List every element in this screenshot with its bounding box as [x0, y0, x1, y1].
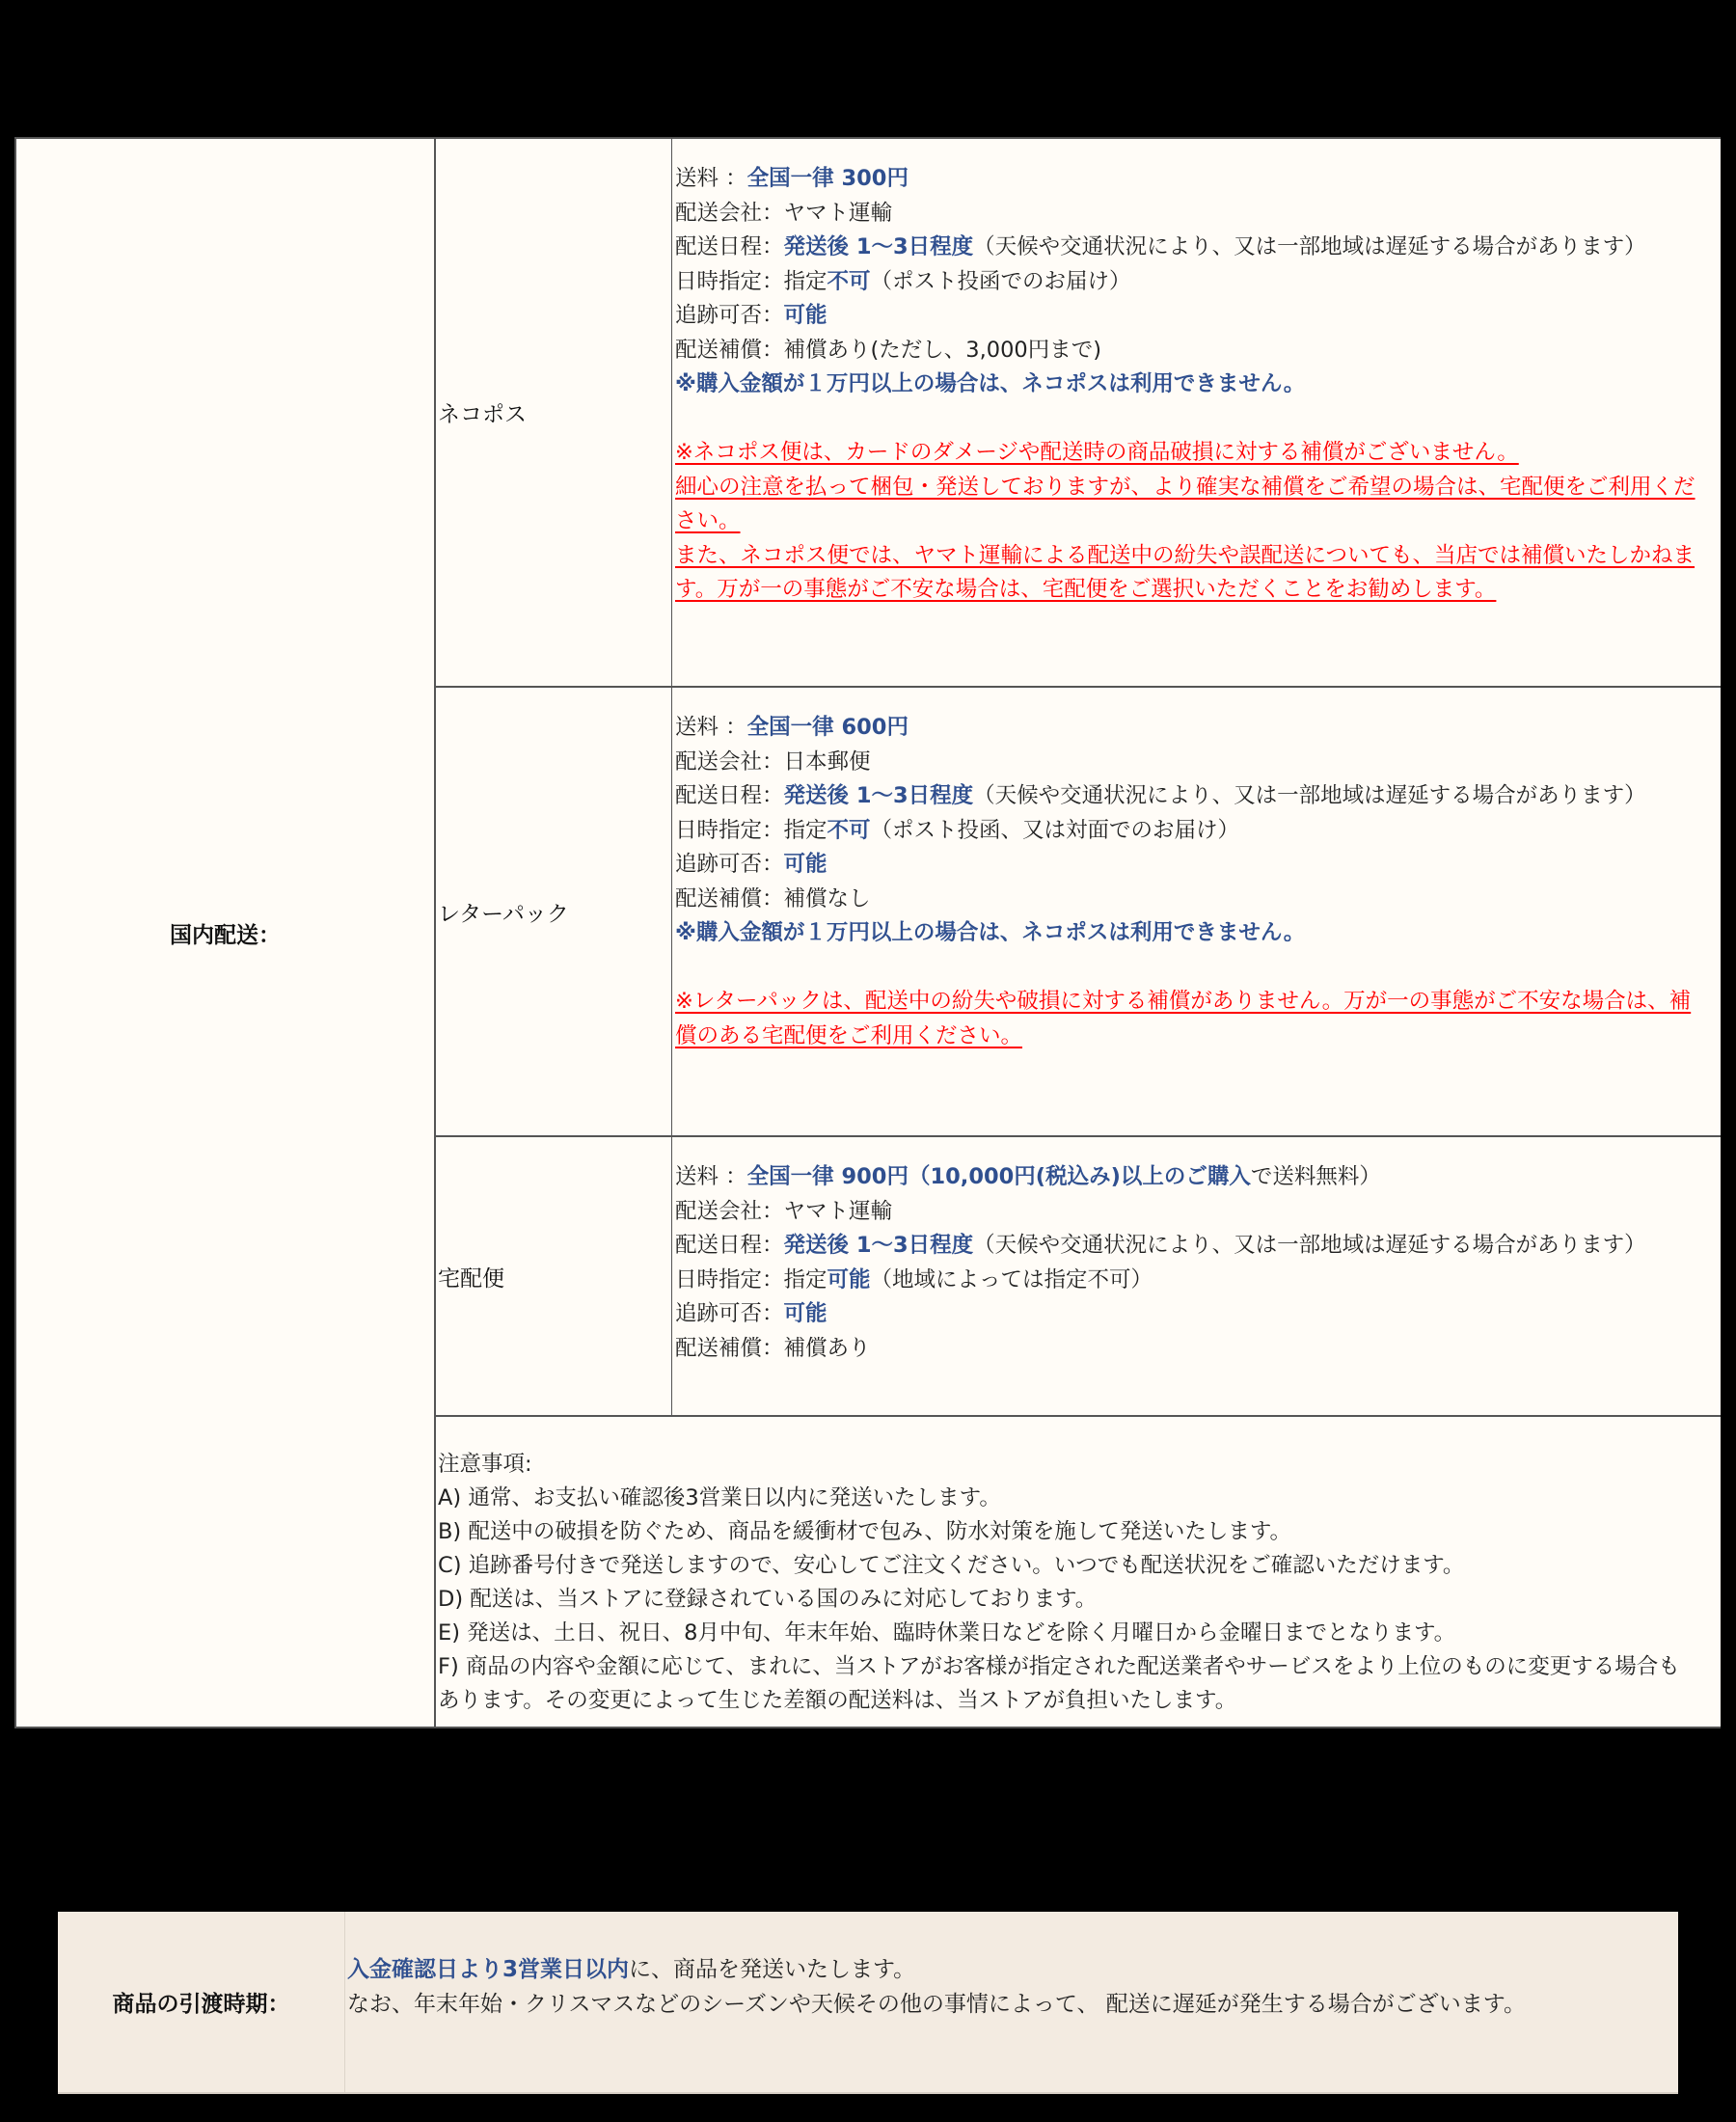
date-line: 日時指定：指定不可（ポスト投函、又は対面でのお届け） — [675, 814, 1701, 849]
note-item: E) 発送は、土日、祝日、8月中旬、年末年始、臨時休業日などを除く月曜日から金曜… — [438, 1617, 1701, 1650]
method-details: 送料 ：全国一律 300円 配送会社：ヤマト運輸 配送日程：発送後 1〜3日程度… — [675, 139, 1721, 686]
delivery-timing-text: 入金確認日より3営業日以内に、商品を発送いたします。 なお、年末年始・クリスマス… — [347, 1952, 1678, 2022]
date-label: 日時指定： — [675, 818, 784, 843]
date-value: 可能 — [827, 1267, 871, 1292]
note-item: B) 配送中の破損を防ぐため、商品を緩衝材で包み、防水対策を施して発送いたします… — [438, 1515, 1701, 1549]
method-details: 送料 ：全国一律 600円 配送会社：日本郵便 配送日程：発送後 1〜3日程度（… — [675, 688, 1721, 1135]
schedule-label: 配送日程： — [675, 1233, 784, 1258]
schedule-note: （天候や交通状況により、又は一部地域は遅延する場合があります） — [973, 1233, 1646, 1258]
date-prefix: 指定 — [784, 269, 827, 294]
date-note: （ポスト投函、又は対面でのお届け） — [871, 818, 1240, 843]
date-note: （地域によっては指定不可） — [871, 1267, 1153, 1292]
notes-title: 注意事項: — [438, 1448, 1701, 1482]
carrier-label: 配送会社： — [675, 749, 784, 775]
warning-text: ※レターパックは、配送中の紛失や破損に対する補償がありません。万が一の事態がご不… — [675, 985, 1701, 1053]
shipping-method-row-nekopos: ネコポス 送料 ：全国一律 300円 配送会社：ヤマト運輸 配送日程：発送後 1… — [436, 139, 1721, 688]
schedule-label: 配送日程： — [675, 234, 784, 259]
compensation-label: 配送補償： — [675, 886, 784, 911]
date-prefix: 指定 — [784, 1267, 827, 1292]
carrier-line: 配送会社：ヤマト運輸 — [675, 197, 1701, 231]
schedule-value: 発送後 1〜3日程度 — [784, 234, 974, 259]
fee-suffix: で送料無料） — [1251, 1164, 1381, 1189]
limit-note: ※購入金額が１万円以上の場合は、ネコポスは利用できません。 — [675, 916, 1701, 951]
fee-value: 全国一律 900円（10,000円(税込み)以上のご購入 — [747, 1164, 1251, 1189]
warning-text: 細心の注意を払って梱包・発送しておりますが、より確実な補償をご希望の場合は、宅配… — [675, 471, 1701, 539]
carrier-label: 配送会社： — [675, 1199, 784, 1224]
date-value: 不可 — [827, 269, 871, 294]
schedule-value: 発送後 1〜3日程度 — [784, 1233, 974, 1258]
schedule-label: 配送日程： — [675, 783, 784, 808]
spacer — [675, 951, 1701, 986]
tracking-label: 追跡可否： — [675, 1301, 784, 1326]
fee-line: 送料 ：全国一律 300円 — [675, 162, 1701, 197]
note-item: F) 商品の内容や金額に応じて、まれに、当ストアがお客様が指定された配送業者やサ… — [438, 1650, 1701, 1718]
compensation-line: 配送補償：補償あり — [675, 1332, 1701, 1367]
compensation-line: 配送補償：補償あり(ただし、3,000円まで) — [675, 334, 1701, 368]
date-line: 日時指定：指定不可（ポスト投函でのお届け） — [675, 265, 1701, 300]
tracking-line: 追跡可否：可能 — [675, 299, 1701, 334]
fee-line: 送料 ：全国一律 600円 — [675, 711, 1701, 746]
fee-label: 送料 ： — [675, 715, 747, 740]
fee-value: 全国一律 300円 — [747, 166, 909, 191]
note-item: A) 通常、お支払い確認後3営業日以内に発送いたします。 — [438, 1482, 1701, 1515]
spacer — [675, 402, 1701, 437]
tracking-value: 可能 — [784, 852, 827, 877]
delivery-line-1-rest: に、商品を発送いたします。 — [629, 1957, 915, 1982]
delivery-timing-section: 商品の引渡時期： 入金確認日より3営業日以内に、商品を発送いたします。 なお、年… — [58, 1912, 1678, 2094]
note-item: D) 配送は、当ストアに登録されている国のみに対応しております。 — [438, 1583, 1701, 1617]
schedule-note: （天候や交通状況により、又は一部地域は遅延する場合があります） — [973, 783, 1646, 808]
fee-line: 送料 ：全国一律 900円（10,000円(税込み)以上のご購入で送料無料） — [675, 1160, 1701, 1195]
method-name: ネコポス — [436, 139, 672, 686]
tracking-line: 追跡可否：可能 — [675, 1297, 1701, 1332]
date-label: 日時指定： — [675, 1267, 784, 1292]
shipping-method-row-takkyubin: 宅配便 送料 ：全国一律 900円（10,000円(税込み)以上のご購入で送料無… — [436, 1137, 1721, 1417]
tracking-label: 追跡可否： — [675, 852, 784, 877]
shipping-notes: 注意事項: A) 通常、お支払い確認後3営業日以内に発送いたします。 B) 配送… — [436, 1417, 1721, 1727]
carrier-value: ヤマト運輸 — [784, 201, 893, 226]
limit-note: ※購入金額が１万円以上の場合は、ネコポスは利用できません。 — [675, 367, 1701, 402]
compensation-value: 補償あり(ただし、3,000円まで) — [784, 338, 1101, 363]
delivery-timing-label: 商品の引渡時期： — [58, 1912, 345, 2092]
delivery-highlight: 入金確認日より3営業日以内 — [347, 1957, 629, 1982]
fee-label: 送料 ： — [675, 1164, 747, 1189]
compensation-line: 配送補償：補償なし — [675, 883, 1701, 917]
schedule-line: 配送日程：発送後 1〜3日程度（天候や交通状況により、又は一部地域は遅延する場合… — [675, 1229, 1701, 1264]
note-item: C) 追跡番号付きで発送しますので、安心してご注文ください。いつでも配送状況をご… — [438, 1549, 1701, 1583]
carrier-value: 日本郵便 — [784, 749, 871, 775]
schedule-note: （天候や交通状況により、又は一部地域は遅延する場合があります） — [973, 234, 1646, 259]
warning-text: また、ネコポス便では、ヤマト運輸による配送中の紛失や誤配送についても、当店では補… — [675, 539, 1701, 608]
compensation-value: 補償あり — [784, 1336, 871, 1361]
date-value: 不可 — [827, 818, 871, 843]
method-name: 宅配便 — [436, 1137, 672, 1415]
carrier-line: 配送会社：ヤマト運輸 — [675, 1195, 1701, 1230]
delivery-line-2: なお、年末年始・クリスマスなどのシーズンや天候その他の事情によって、 配送に遅延… — [347, 1987, 1678, 2022]
fee-value: 全国一律 600円 — [747, 715, 909, 740]
shipping-method-row-letterpack: レターパック 送料 ：全国一律 600円 配送会社：日本郵便 配送日程：発送後 … — [436, 688, 1721, 1137]
tracking-value: 可能 — [784, 1301, 827, 1326]
date-note: （ポスト投函でのお届け） — [871, 269, 1131, 294]
tracking-line: 追跡可否：可能 — [675, 848, 1701, 883]
domestic-shipping-table: 国内配送： ネコポス 送料 ：全国一律 300円 配送会社：ヤマト運輸 配送日程… — [14, 137, 1721, 1728]
schedule-line: 配送日程：発送後 1〜3日程度（天候や交通状況により、又は一部地域は遅延する場合… — [675, 779, 1701, 814]
carrier-value: ヤマト運輸 — [784, 1199, 893, 1224]
compensation-value: 補償なし — [784, 886, 871, 911]
tracking-label: 追跡可否： — [675, 303, 784, 328]
compensation-label: 配送補償： — [675, 338, 784, 363]
carrier-label: 配送会社： — [675, 201, 784, 226]
date-line: 日時指定：指定可能（地域によっては指定不可） — [675, 1264, 1701, 1298]
delivery-line-1: 入金確認日より3営業日以内に、商品を発送いたします。 — [347, 1952, 1678, 1987]
date-label: 日時指定： — [675, 269, 784, 294]
region-label: 国内配送： — [16, 139, 436, 1727]
fee-label: 送料 ： — [675, 166, 747, 191]
method-name: レターパック — [436, 688, 672, 1135]
date-prefix: 指定 — [784, 818, 827, 843]
tracking-value: 可能 — [784, 303, 827, 328]
compensation-label: 配送補償： — [675, 1336, 784, 1361]
method-details: 送料 ：全国一律 900円（10,000円(税込み)以上のご購入で送料無料） 配… — [675, 1137, 1721, 1415]
carrier-line: 配送会社：日本郵便 — [675, 746, 1701, 780]
warning-text: ※ネコポス便は、カードのダメージや配送時の商品破損に対する補償がございません。 — [675, 436, 1701, 471]
schedule-line: 配送日程：発送後 1〜3日程度（天候や交通状況により、又は一部地域は遅延する場合… — [675, 231, 1701, 265]
schedule-value: 発送後 1〜3日程度 — [784, 783, 974, 808]
